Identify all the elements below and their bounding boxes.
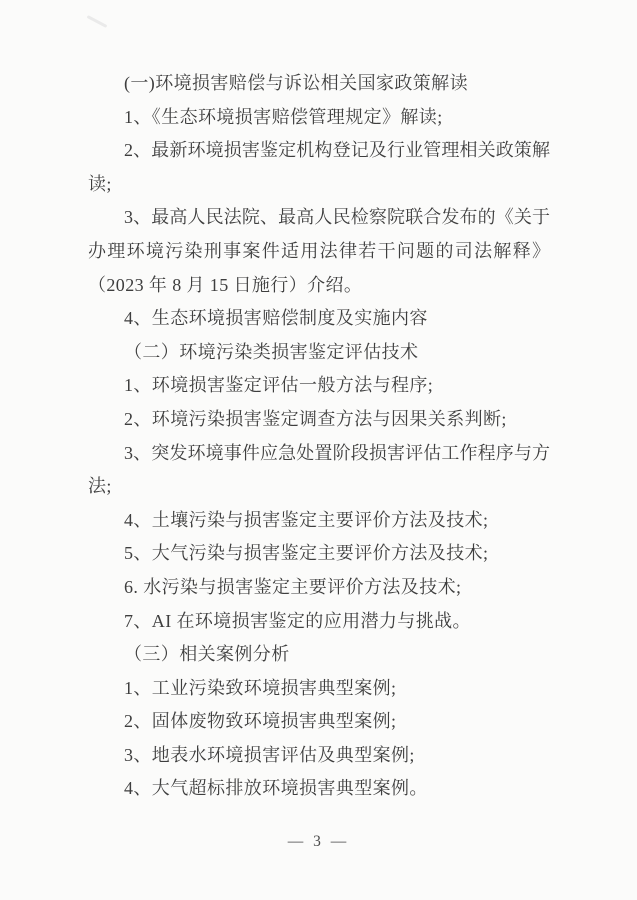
text-line: 1、工业污染致环境损害典型案例; [88,672,550,706]
text-line: 4、大气超标排放环境损害典型案例。 [88,772,550,806]
text-line: 3、地表水环境损害评估及典型案例; [88,739,550,773]
scan-smudge-artifact [87,15,108,28]
text-line: 2、固体废物致环境损害典型案例; [88,705,550,739]
text-line: （2023 年 8 月 15 日施行）介绍。 [88,269,550,303]
text-line: 2、最新环境损害鉴定机构登记及行业管理相关政策解 [88,134,550,168]
section-3-heading: （三）相关案例分析 [88,638,550,672]
page-number: — 3 — [0,833,637,851]
section-3: （三）相关案例分析 1、工业污染致环境损害典型案例; 2、固体废物致环境损害典型… [88,638,550,806]
section-1-heading: (一)环境损害赔偿与诉讼相关国家政策解读 [88,67,550,101]
text-line: 5、大气污染与损害鉴定主要评价方法及技术; [88,537,550,571]
text-line: 3、突发环境事件应急处置阶段损害评估工作程序与方 [88,437,550,471]
text-line: 6. 水污染与损害鉴定主要评价方法及技术; [88,571,550,605]
text-line: 4、生态环境损害赔偿制度及实施内容 [88,302,550,336]
text-line: 读; [88,168,550,202]
text-line: 1、《生态环境损害赔偿管理规定》解读; [88,101,550,135]
scanned-document-page: (一)环境损害赔偿与诉讼相关国家政策解读 1、《生态环境损害赔偿管理规定》解读;… [0,0,637,900]
text-line: 办理环境污染刑事案件适用法律若干问题的司法解释》 [88,235,550,269]
text-line: 法; [88,470,550,504]
section-1: (一)环境损害赔偿与诉讼相关国家政策解读 1、《生态环境损害赔偿管理规定》解读;… [88,67,550,336]
text-line: 3、最高人民法院、最高人民检察院联合发布的《关于 [88,201,550,235]
text-line: 2、环境污染损害鉴定调查方法与因果关系判断; [88,403,550,437]
section-2: （二）环境污染类损害鉴定评估技术 1、环境损害鉴定评估一般方法与程序; 2、环境… [88,336,550,638]
text-line: 1、环境损害鉴定评估一般方法与程序; [88,369,550,403]
section-2-heading: （二）环境污染类损害鉴定评估技术 [88,336,550,370]
text-line: 7、AI 在环境损害鉴定的应用潜力与挑战。 [88,605,550,639]
document-body: (一)环境损害赔偿与诉讼相关国家政策解读 1、《生态环境损害赔偿管理规定》解读;… [88,67,550,806]
text-line: 4、土壤污染与损害鉴定主要评价方法及技术; [88,504,550,538]
